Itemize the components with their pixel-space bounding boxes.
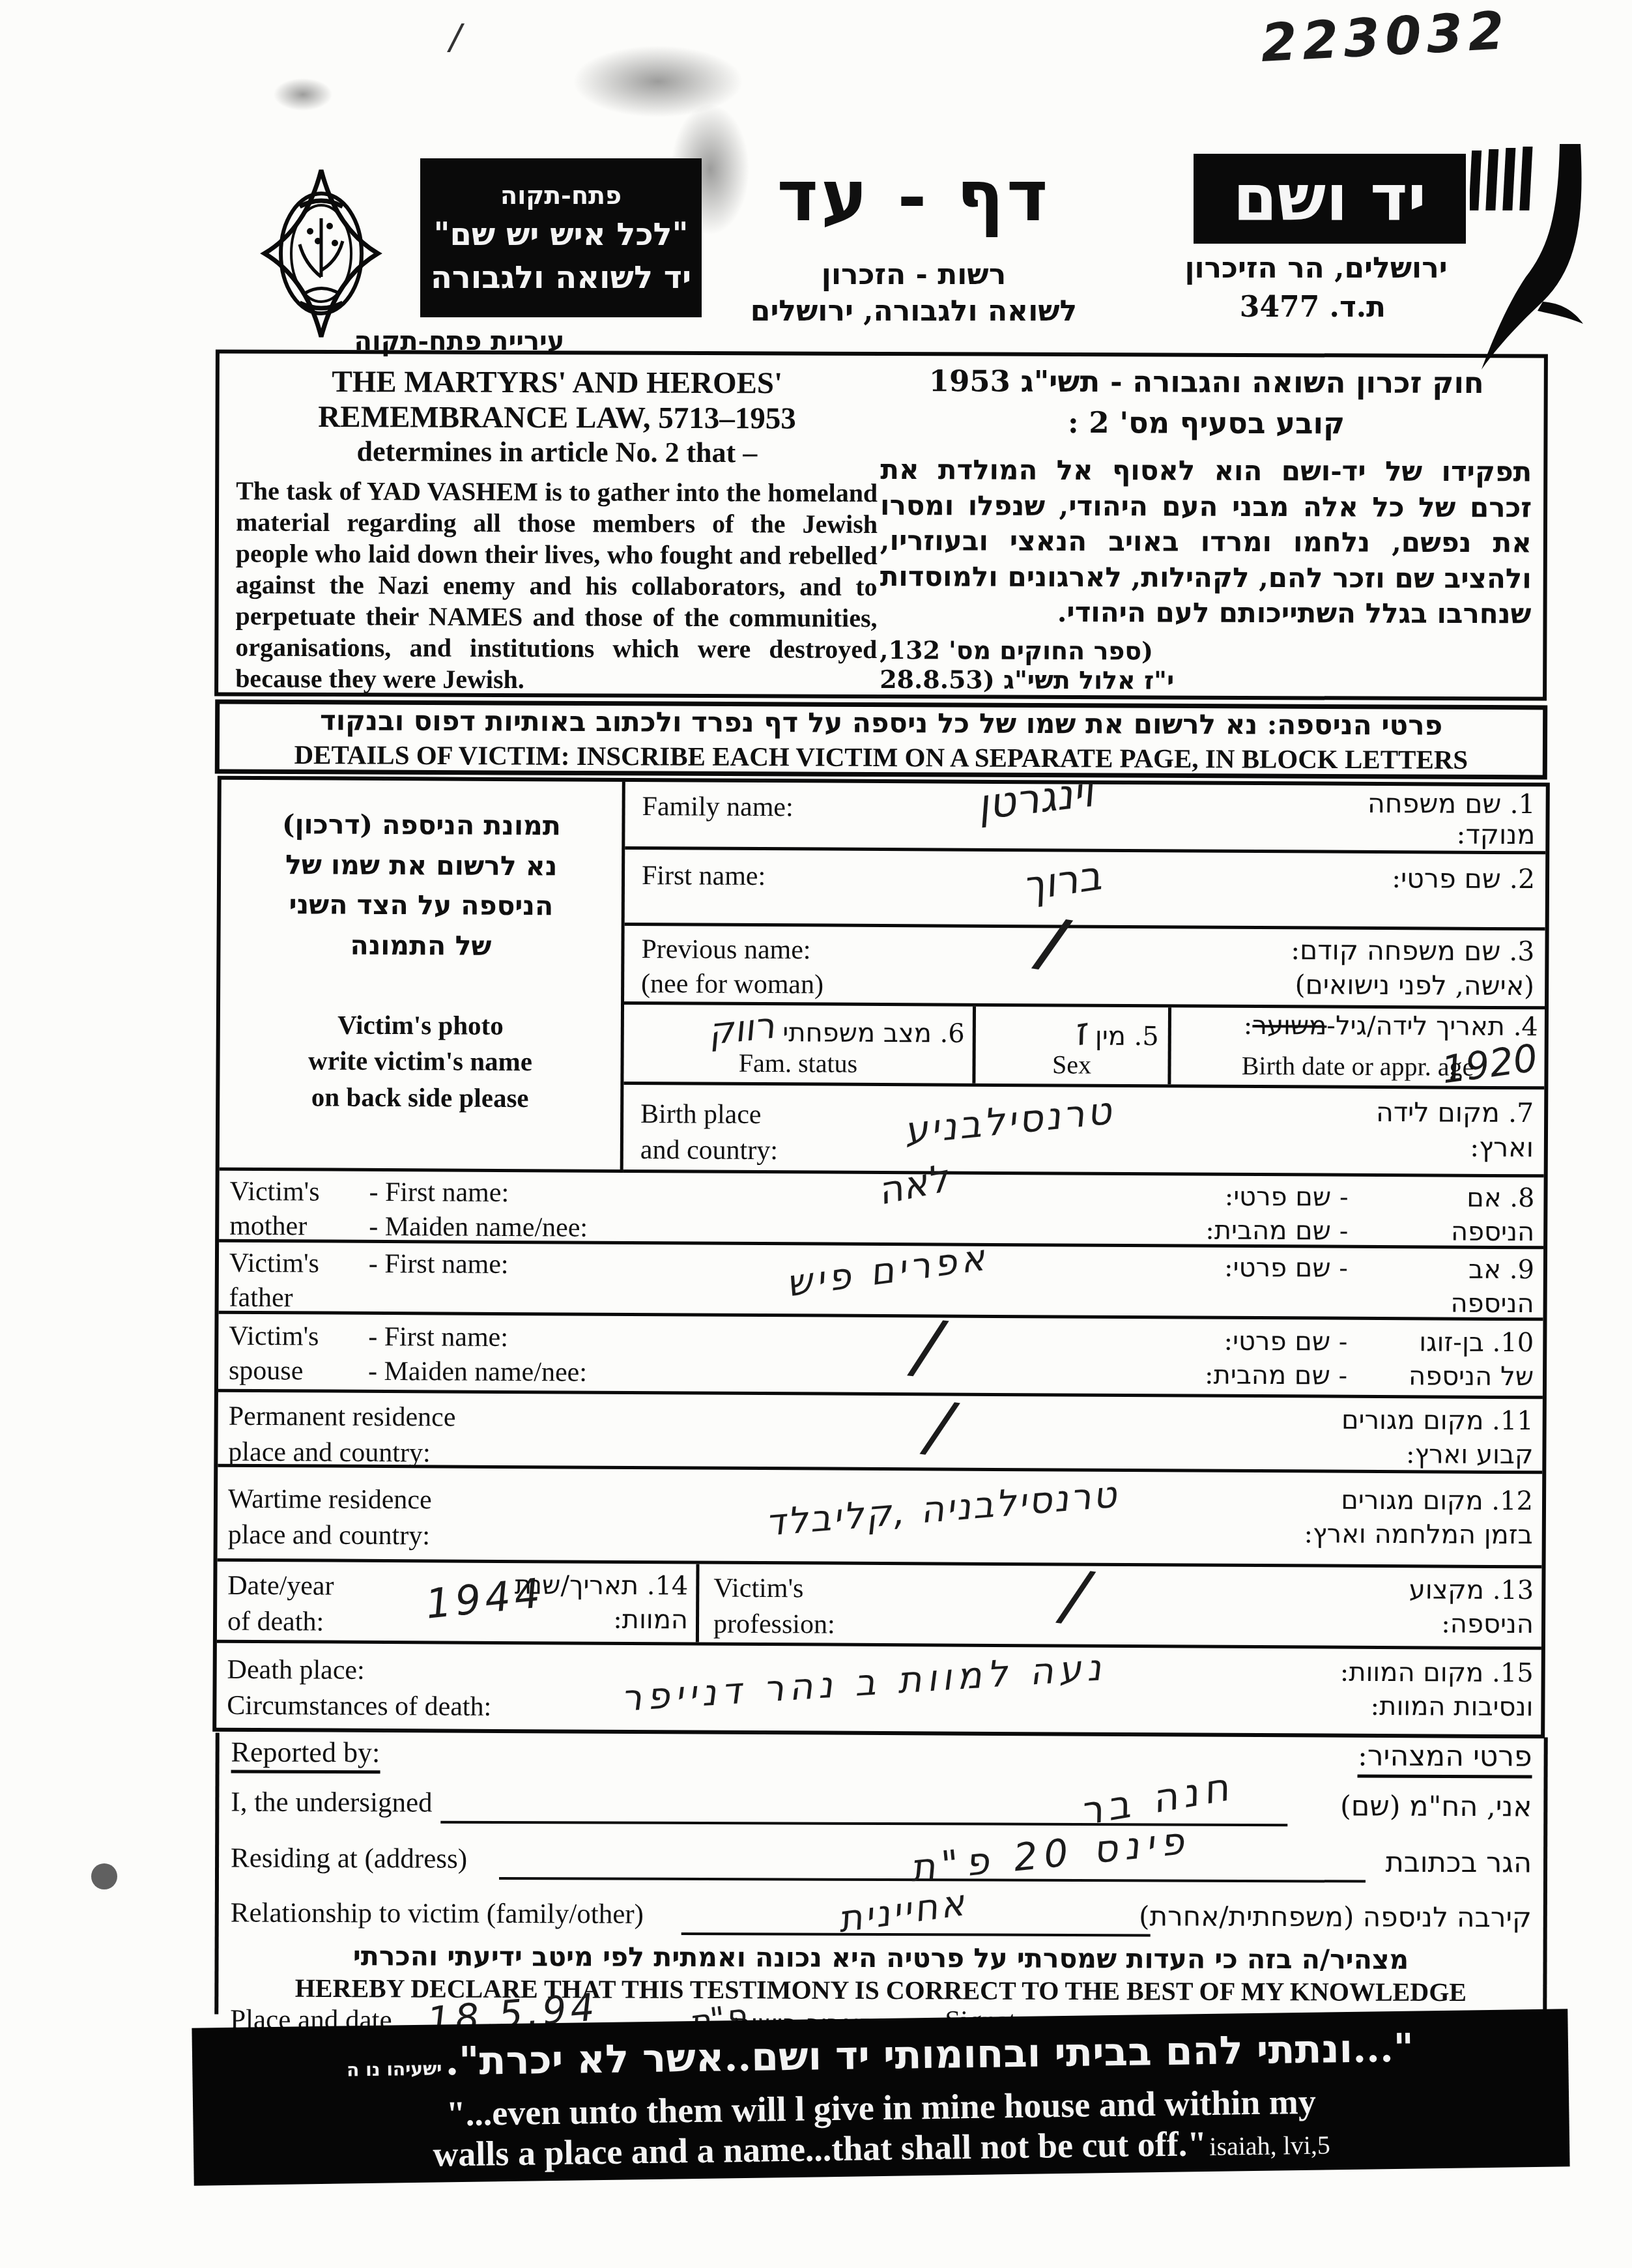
previous-name-label-en-1: Previous name: <box>641 932 823 968</box>
father-firstname-label-he: - שם פרטי: <box>1224 1253 1348 1284</box>
profession-label-en-1: Victim's <box>713 1571 835 1607</box>
father-head-he-1: 9. אב <box>1451 1253 1534 1287</box>
field-row-status-sex-birth: 6. מצב משפחתי רווק Fam. status 5. מין ז … <box>623 1005 1545 1089</box>
death-place-handwritten: נעה למוות ב נהר דנייפר <box>620 1646 1108 1720</box>
photo-note-en-2: write victim's name <box>220 1042 620 1081</box>
law-section: THE MARTYRS' AND HEROES' REMEMBRANCE LAW… <box>214 349 1548 700</box>
field-row-first-name: First name: ברוך 2. שם פרטי: <box>625 850 1546 930</box>
birth-place-handwritten: טרנסילבניע <box>902 1088 1116 1153</box>
birth-date-label-he-struck: משוער <box>1252 1011 1326 1041</box>
mother-head-he-1: 8. אם <box>1451 1181 1534 1216</box>
spouse-head-he-1: 10. בן-זוגו <box>1409 1325 1534 1360</box>
family-name-label-en: Family name: <box>642 791 793 823</box>
page-of-testimony-scan: / 223032 פתח-תקוה "לכל איש יש שם" יד לשו… <box>0 0 1632 2268</box>
field-row-permanent-residence: Permanent residence place and country: /… <box>218 1392 1543 1474</box>
wartime-residence-label-en-2: place and country: <box>228 1517 432 1553</box>
first-name-handwritten: ברוך <box>1019 852 1104 910</box>
law-he-title-1: חוק זכרון השואה והגבורה - תשי"ג 1953 <box>881 364 1532 400</box>
mother-maiden-label-he: - שם מהבית: <box>1205 1214 1348 1248</box>
father-head-he-2: הניספה <box>1450 1287 1534 1321</box>
mother-head-en-1: Victim's <box>229 1175 319 1209</box>
death-place-label-en-2: Circumstances of death: <box>227 1687 491 1725</box>
photo-note-he-4: של התמונה <box>220 925 621 967</box>
declaration-he: מצהיר/ה בזה כי העדות שמסרתי על פרטיה היא… <box>218 1940 1543 1975</box>
law-he-body: תפקידו של יד-ושם הוא לאסוף אל המולדת את … <box>880 452 1532 632</box>
death-date-label-he-1: 14. תאריך/שנת <box>515 1568 689 1603</box>
field-row-father: Victim's father - First name: אפרים פיש … <box>219 1242 1544 1321</box>
residing-label-he: הגר בכתובת <box>1386 1846 1532 1880</box>
mother-maiden-label-en: - Maiden name/nee: <box>369 1209 588 1244</box>
photo-note-en-3: on back side please <box>220 1078 620 1117</box>
permanent-residence-label-en-2: place and country: <box>228 1434 455 1471</box>
death-place-label-he-2: ונסיבות המוות: <box>1339 1689 1533 1725</box>
sex-handwritten: ז <box>1070 1009 1091 1054</box>
spouse-firstname-label-he: - שם פרטי: <box>1205 1325 1347 1359</box>
spouse-head-en-1: Victim's <box>229 1319 319 1354</box>
spouse-head-he-2: של הניספה <box>1409 1359 1534 1394</box>
profession-label-en-2: profession: <box>713 1606 835 1643</box>
death-date-label-he-2: המוות: <box>514 1602 688 1637</box>
isaiah-quote-banner: "...ונתתי להם בביתי ובחומותי יד ושם..אשר… <box>192 2009 1569 2185</box>
field-row-wartime-residence: Wartime residence place and country: טרנ… <box>218 1467 1543 1569</box>
fam-status-cell: 6. מצב משפחתי רווק Fam. status <box>623 1005 976 1084</box>
reported-by-section: Reported by: פרטי המצהיר: I, the undersi… <box>214 1732 1547 2018</box>
municipality-dept-label: יד לשואה ולגבורה <box>431 259 691 296</box>
petah-tikva-emblem-icon <box>259 166 383 341</box>
residing-label-en: Residing at (address) <box>231 1843 467 1875</box>
law-en-title-1: THE MARTYRS' AND HEROES' <box>236 364 878 401</box>
permanent-residence-label-en-1: Permanent residence <box>229 1399 456 1435</box>
yad-vashem-logo: יד ושם <box>1194 154 1466 244</box>
fam-status-handwritten: רווק <box>706 1005 777 1054</box>
yad-vashem-address-2: ת.ד. 3477 <box>1205 291 1420 324</box>
victim-instruction-banner: פרטי הניספה: נא לרשום את שמו של כל ניספה… <box>215 700 1547 780</box>
sex-label-he: 5. מין <box>1095 1022 1159 1052</box>
profession-label-he-1: 13. מקצוע <box>1409 1573 1534 1607</box>
father-head-en-1: Victim's <box>229 1246 319 1281</box>
municipality-city-label: פתח-תקוה <box>500 180 622 210</box>
birth-place-label-he-2: וארץ: <box>1376 1130 1534 1166</box>
law-he-ref-2: י"ז אלול תשי"ג (28.8.53 <box>880 665 1531 696</box>
family-name-handwritten: וינגרטן <box>975 768 1096 829</box>
previous-name-label-he-1: 3. שם משפחה קודם: <box>1291 933 1534 969</box>
law-english-column: THE MARTYRS' AND HEROES' REMEMBRANCE LAW… <box>235 364 878 696</box>
fam-status-label-en: Fam. status <box>623 1047 972 1080</box>
sex-cell: 5. מין ז Sex <box>975 1007 1171 1085</box>
law-en-body: The task of YAD VASHEM is to gather into… <box>235 476 878 696</box>
victim-details-table: תמונת הניספה (דרכון) נא לרשום את שמו של … <box>212 776 1550 1739</box>
photo-note-he-2: נא לרשום את שמו של <box>221 844 622 887</box>
law-en-title-2: REMEMBRANCE LAW, 5713–1953 <box>236 399 878 437</box>
field-row-spouse: Victim's spouse - First name: - Maiden n… <box>218 1314 1543 1400</box>
form-title: דף - עד <box>736 155 1091 237</box>
profession-cell: Victim's profession: / 13. מקצוע הניספה: <box>699 1564 1542 1647</box>
birth-date-label-he: 4. תאריך לידה/גיל- <box>1326 1011 1538 1042</box>
birth-place-label-en-1: Birth place <box>640 1097 778 1133</box>
yad-vashem-logo-text: יד ושם <box>1233 167 1427 231</box>
form-subtitle-1: רשות - הזכרון <box>736 258 1091 291</box>
mother-head-he-2: הניספה <box>1451 1215 1534 1250</box>
reported-by-title-en: Reported by: <box>231 1736 380 1770</box>
birth-date-cell: 4. תאריך לידה/גיל-משוער: 1920 Birth date… <box>1171 1007 1545 1086</box>
first-name-label-en: First name: <box>642 860 766 892</box>
field-row-mother: Victim's mother - First name: - Maiden n… <box>219 1171 1544 1250</box>
birth-place-label-he-1: 7. מקום לידה <box>1376 1095 1534 1131</box>
undersigned-label-en: I, the undersigned <box>231 1787 432 1819</box>
wartime-residence-label-en-1: Wartime residence <box>228 1482 432 1518</box>
mother-head-en-2: mother <box>229 1209 319 1243</box>
mother-firstname-label-en: - First name: <box>369 1175 588 1211</box>
family-name-he-line2: מנוקד: <box>1367 819 1536 850</box>
stray-pen-mark: / <box>450 16 461 57</box>
field-row-death-place: Death place: Circumstances of death: נעה… <box>216 1643 1541 1739</box>
previous-name-label-he-2: (אישה, לפני נישואים) <box>1291 968 1534 1004</box>
previous-name-label-en-2: (nee for woman) <box>641 967 823 1002</box>
wartime-residence-label-he-2: בזמן המלחמה וארץ: <box>1304 1517 1532 1552</box>
sex-label-en: Sex <box>975 1049 1167 1081</box>
wartime-residence-handwritten: טרנסילבניה ,קליבלד <box>764 1473 1120 1544</box>
father-firstname-label-en: - First name: <box>369 1248 509 1280</box>
municipality-motto-box: פתח-תקוה "לכל איש יש שם" יד לשואה ולגבור… <box>420 158 702 317</box>
spouse-head-en-2: spouse <box>229 1353 319 1388</box>
law-he-ref-1: (ספר החוקים מס' 132, <box>880 635 1531 667</box>
birth-date-label-en: Birth date or appr. age <box>1171 1050 1544 1082</box>
reported-by-title-he-text: פרטי המצהיר: <box>1358 1740 1532 1779</box>
banner-english-source: isaiah, lvi,5 <box>1209 2130 1330 2161</box>
spouse-maiden-label-he: - שם מהבית: <box>1205 1358 1347 1393</box>
death-date-cell: Date/year of death: 1944 14. תאריך/שנת ה… <box>217 1562 700 1643</box>
law-en-title-3: determines in article No. 2 that – <box>236 435 878 470</box>
field-row-birth-place: Birth place and country: טרנסילבניע 7. מ… <box>623 1085 1545 1177</box>
wartime-residence-label-he-1: 12. מקום מגורים <box>1304 1483 1533 1518</box>
banner-hebrew-line: "...ונתתי להם בביתי ובחומותי יד ושם..אשר… <box>192 2023 1569 2088</box>
relationship-handwritten: אחיינית <box>835 1882 969 1941</box>
banner-hebrew-source: ישעיהו נו ה <box>347 2058 442 2080</box>
fam-status-label-he: 6. מצב משפחתי <box>782 1018 965 1048</box>
declaration-en: HEREBY DECLARE THAT THIS TESTIMONY IS CO… <box>218 1972 1543 2007</box>
relationship-line <box>681 1932 1151 1937</box>
death-date-label-en-2: of death: <box>227 1603 334 1639</box>
form-subtitle-2: לשואה ולגבורה, ירושלים <box>736 294 1091 328</box>
death-place-label-en-1: Death place: <box>227 1652 492 1689</box>
law-he-title-2: קובע בסעיף מס' 2 : <box>880 405 1532 441</box>
banner-hebrew-quote: "...ונתתי להם בביתי ובחומותי יד ושם..אשר… <box>445 2026 1414 2085</box>
field-row-family-name: Family name: וינגרטן 1. שם משפחה מנוקד: <box>625 782 1546 854</box>
first-name-label-he: 2. שם פרטי: <box>1392 863 1535 895</box>
instruction-hebrew: פרטי הניספה: נא לרשום את שמו של כל ניספה… <box>320 704 1442 741</box>
profession-label-he-2: הניספה: <box>1409 1607 1534 1641</box>
field-row-previous-name: Previous name: (nee for woman) / 3. שם מ… <box>624 926 1545 1009</box>
profession-handwritten: / <box>1059 1555 1092 1636</box>
scan-smudge <box>91 1863 117 1889</box>
scan-smudge <box>274 78 332 111</box>
instruction-english: DETAILS OF VICTIM: INSCRIBE EACH VICTIM … <box>294 739 1468 775</box>
relationship-label-he: קירבה לניספה (משפחתית/אחרת) <box>1139 1900 1532 1933</box>
photo-instructions-cell: תמונת הניספה (דרכון) נא לרשום את שמו של … <box>220 780 625 1173</box>
father-head-en-2: father <box>229 1280 319 1315</box>
municipality-motto-label: "לכל איש יש שם" <box>433 216 688 253</box>
father-handwritten: אפרים פיש <box>784 1236 992 1305</box>
death-date-label-en-1: Date/year <box>227 1568 334 1604</box>
photo-note-he-1: תמונת הניספה (דרכון) <box>221 805 622 847</box>
permanent-residence-handwritten: / <box>923 1386 956 1467</box>
mother-firstname-label-he: - שם פרטי: <box>1205 1180 1348 1214</box>
spouse-firstname-label-en: - First name: <box>368 1320 587 1355</box>
yad-vashem-address-1: ירושלים, הר הזיכרון <box>1153 251 1479 285</box>
family-name-he-line1: 1. שם משפחה <box>1367 788 1536 820</box>
spouse-maiden-label-en: - Maiden name/nee: <box>368 1354 587 1389</box>
undersigned-label-he: אני, הח"מ (שם) <box>1340 1790 1532 1823</box>
document-number: 223032 <box>1259 0 1511 74</box>
birth-place-label-en-2: and country: <box>640 1132 778 1169</box>
relationship-label-en: Relationship to victim (family/other) <box>231 1897 644 1931</box>
permanent-residence-label-he-1: 11. מקום מגורים <box>1341 1403 1534 1439</box>
photo-note-en-1: Victim's photo <box>220 1007 621 1045</box>
death-place-label-he-1: 15. מקום המוות: <box>1340 1656 1534 1691</box>
reported-by-title-en-text: Reported by: <box>231 1736 380 1774</box>
permanent-residence-label-he-2: קבוע וארץ: <box>1341 1437 1534 1472</box>
yad-vashem-hand-mark-icon <box>1470 140 1600 375</box>
law-hebrew-column: חוק זכרון השואה והגבורה - תשי"ג 1953 קוב… <box>880 364 1532 696</box>
reported-by-title-he: פרטי המצהיר: <box>1358 1740 1532 1773</box>
birth-date-label-he-colon: : <box>1244 1011 1253 1041</box>
family-name-label-he: 1. שם משפחה מנוקד: <box>1367 788 1536 851</box>
field-row-death-date-profession: Date/year of death: 1944 14. תאריך/שנת ה… <box>217 1562 1542 1650</box>
photo-note-he-3: הניספה על הצד השני <box>221 885 622 927</box>
